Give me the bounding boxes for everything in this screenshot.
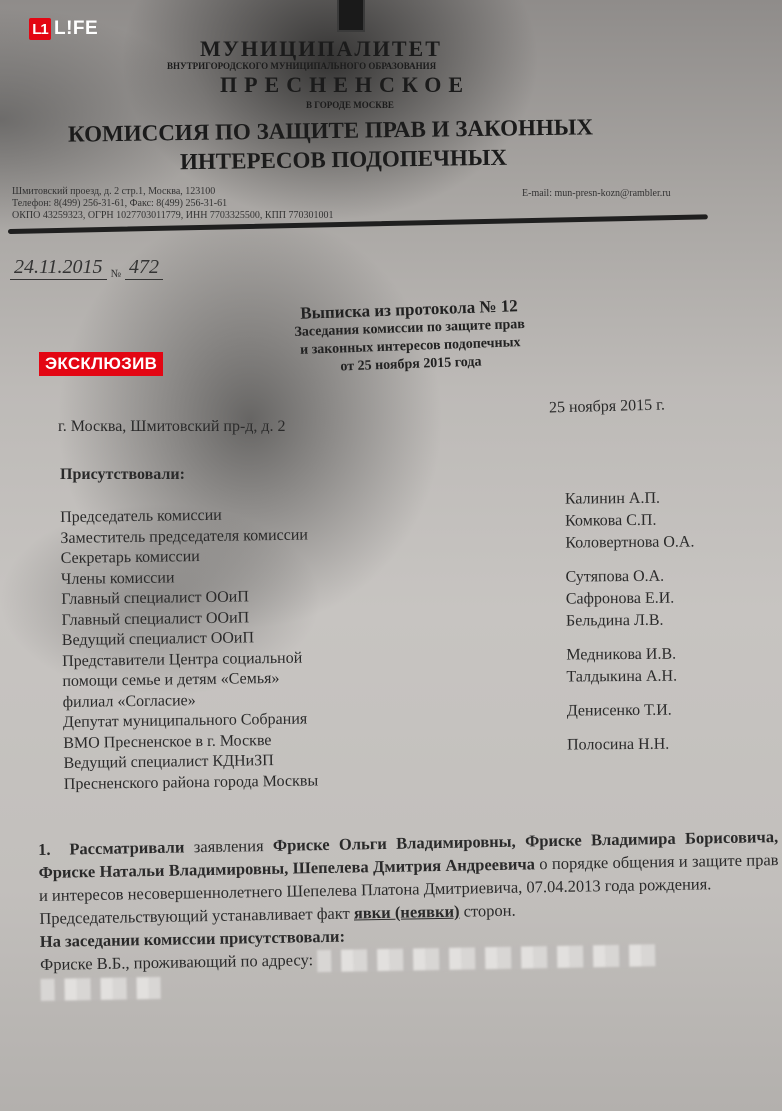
attendee-roles: Председатель комиссииЗаместитель председ… <box>60 504 318 795</box>
outgoing-date: 24.11.2015 <box>10 256 107 280</box>
name-item: Сафронова Е.И. <box>566 587 695 610</box>
name-item: Коловертнова О.А. <box>565 531 694 554</box>
meeting-place: г. Москва, Шмитовский пр-д, д. 2 <box>58 418 286 436</box>
role-item: помощи семье и детям «Семья» <box>62 668 317 692</box>
name-spacer <box>567 721 696 734</box>
name-item: Сутяпова О.А. <box>566 565 695 588</box>
contact-phone: Телефон: 8(499) 256-31-61, Факс: 8(499) … <box>12 198 334 210</box>
name-item: Полосина Н.Н. <box>567 733 696 756</box>
role-item: Депутат муниципального Собрания <box>63 709 318 733</box>
chair-statement: Председательствующий устанавливает факт … <box>39 901 516 928</box>
agenda-item-1: 1. Рассматривали заявления Фриске Ольги … <box>38 825 781 1001</box>
name-spacer <box>566 631 695 644</box>
name-item: Талдыкина А.Н. <box>566 665 695 688</box>
letterhead-subtitle: ВНУТРИГОРОДСКОГО МУНИЦИПАЛЬНОГО ОБРАЗОВА… <box>167 61 436 71</box>
redacted-address <box>317 944 657 972</box>
letterhead-municipality: МУНИЦИПАЛИТЕТ <box>200 36 442 62</box>
name-item: Медникова И.В. <box>566 643 695 666</box>
name-item: Комкова С.П. <box>565 509 694 532</box>
commission-title-line1: КОМИССИЯ ПО ЗАЩИТЕ ПРАВ И ЗАКОННЫХ <box>68 114 593 147</box>
coat-of-arms-icon <box>337 0 365 32</box>
present-label: Присутствовали: <box>60 466 185 484</box>
exclusive-badge: ЭКСКЛЮЗИВ <box>39 352 163 376</box>
meeting-date: 25 ноября 2015 г. <box>549 396 665 417</box>
attendee-line: Фриске В.Б., проживающий по адресу: <box>40 950 313 974</box>
attended-label: На заседании комиссии присутствовали: <box>40 927 345 951</box>
role-item: Пресненского района города Москвы <box>64 771 319 795</box>
contact-address: Шмитовский проезд, д. 2 стр.1, Москва, 1… <box>12 186 334 198</box>
contact-registry: ОКПО 43259323, ОГРН 1027703011779, ИНН 7… <box>12 210 334 222</box>
contact-block: Шмитовский проезд, д. 2 стр.1, Москва, 1… <box>12 186 334 222</box>
letterhead-district: ПРЕСНЕНСКОЕ <box>220 72 470 98</box>
role-item: Заместитель председателя комиссии <box>60 525 315 549</box>
life-logo: L1 L!FE <box>29 18 98 40</box>
life-logo-mark: L1 <box>29 18 51 40</box>
name-spacer <box>565 553 694 566</box>
attendee-names: Калинин А.П.Комкова С.П.Коловертнова О.А… <box>565 487 696 756</box>
redacted-address-continued <box>40 977 160 1001</box>
agenda-lead: Рассматривали <box>69 837 184 858</box>
number-sign: № <box>111 268 122 280</box>
life-logo-text: L!FE <box>54 18 98 40</box>
letterhead-city: В ГОРОДЕ МОСКВЕ <box>306 100 394 110</box>
name-item: Бельдина Л.В. <box>566 609 695 632</box>
commission-title-line2: ИНТЕРЕСОВ ПОДОПЕЧНЫХ <box>180 145 507 176</box>
name-spacer <box>567 687 696 700</box>
name-item: Калинин А.П. <box>565 487 694 510</box>
outgoing-number-value: 472 <box>125 256 163 280</box>
document-title: Выписка из протокола № 12 Заседания коми… <box>219 293 601 380</box>
contact-email: E-mail: mun-presn-kozn@rambler.ru <box>522 188 671 199</box>
name-item: Денисенко Т.И. <box>567 699 696 722</box>
outgoing-number: 24.11.2015 № 472 <box>10 256 163 280</box>
